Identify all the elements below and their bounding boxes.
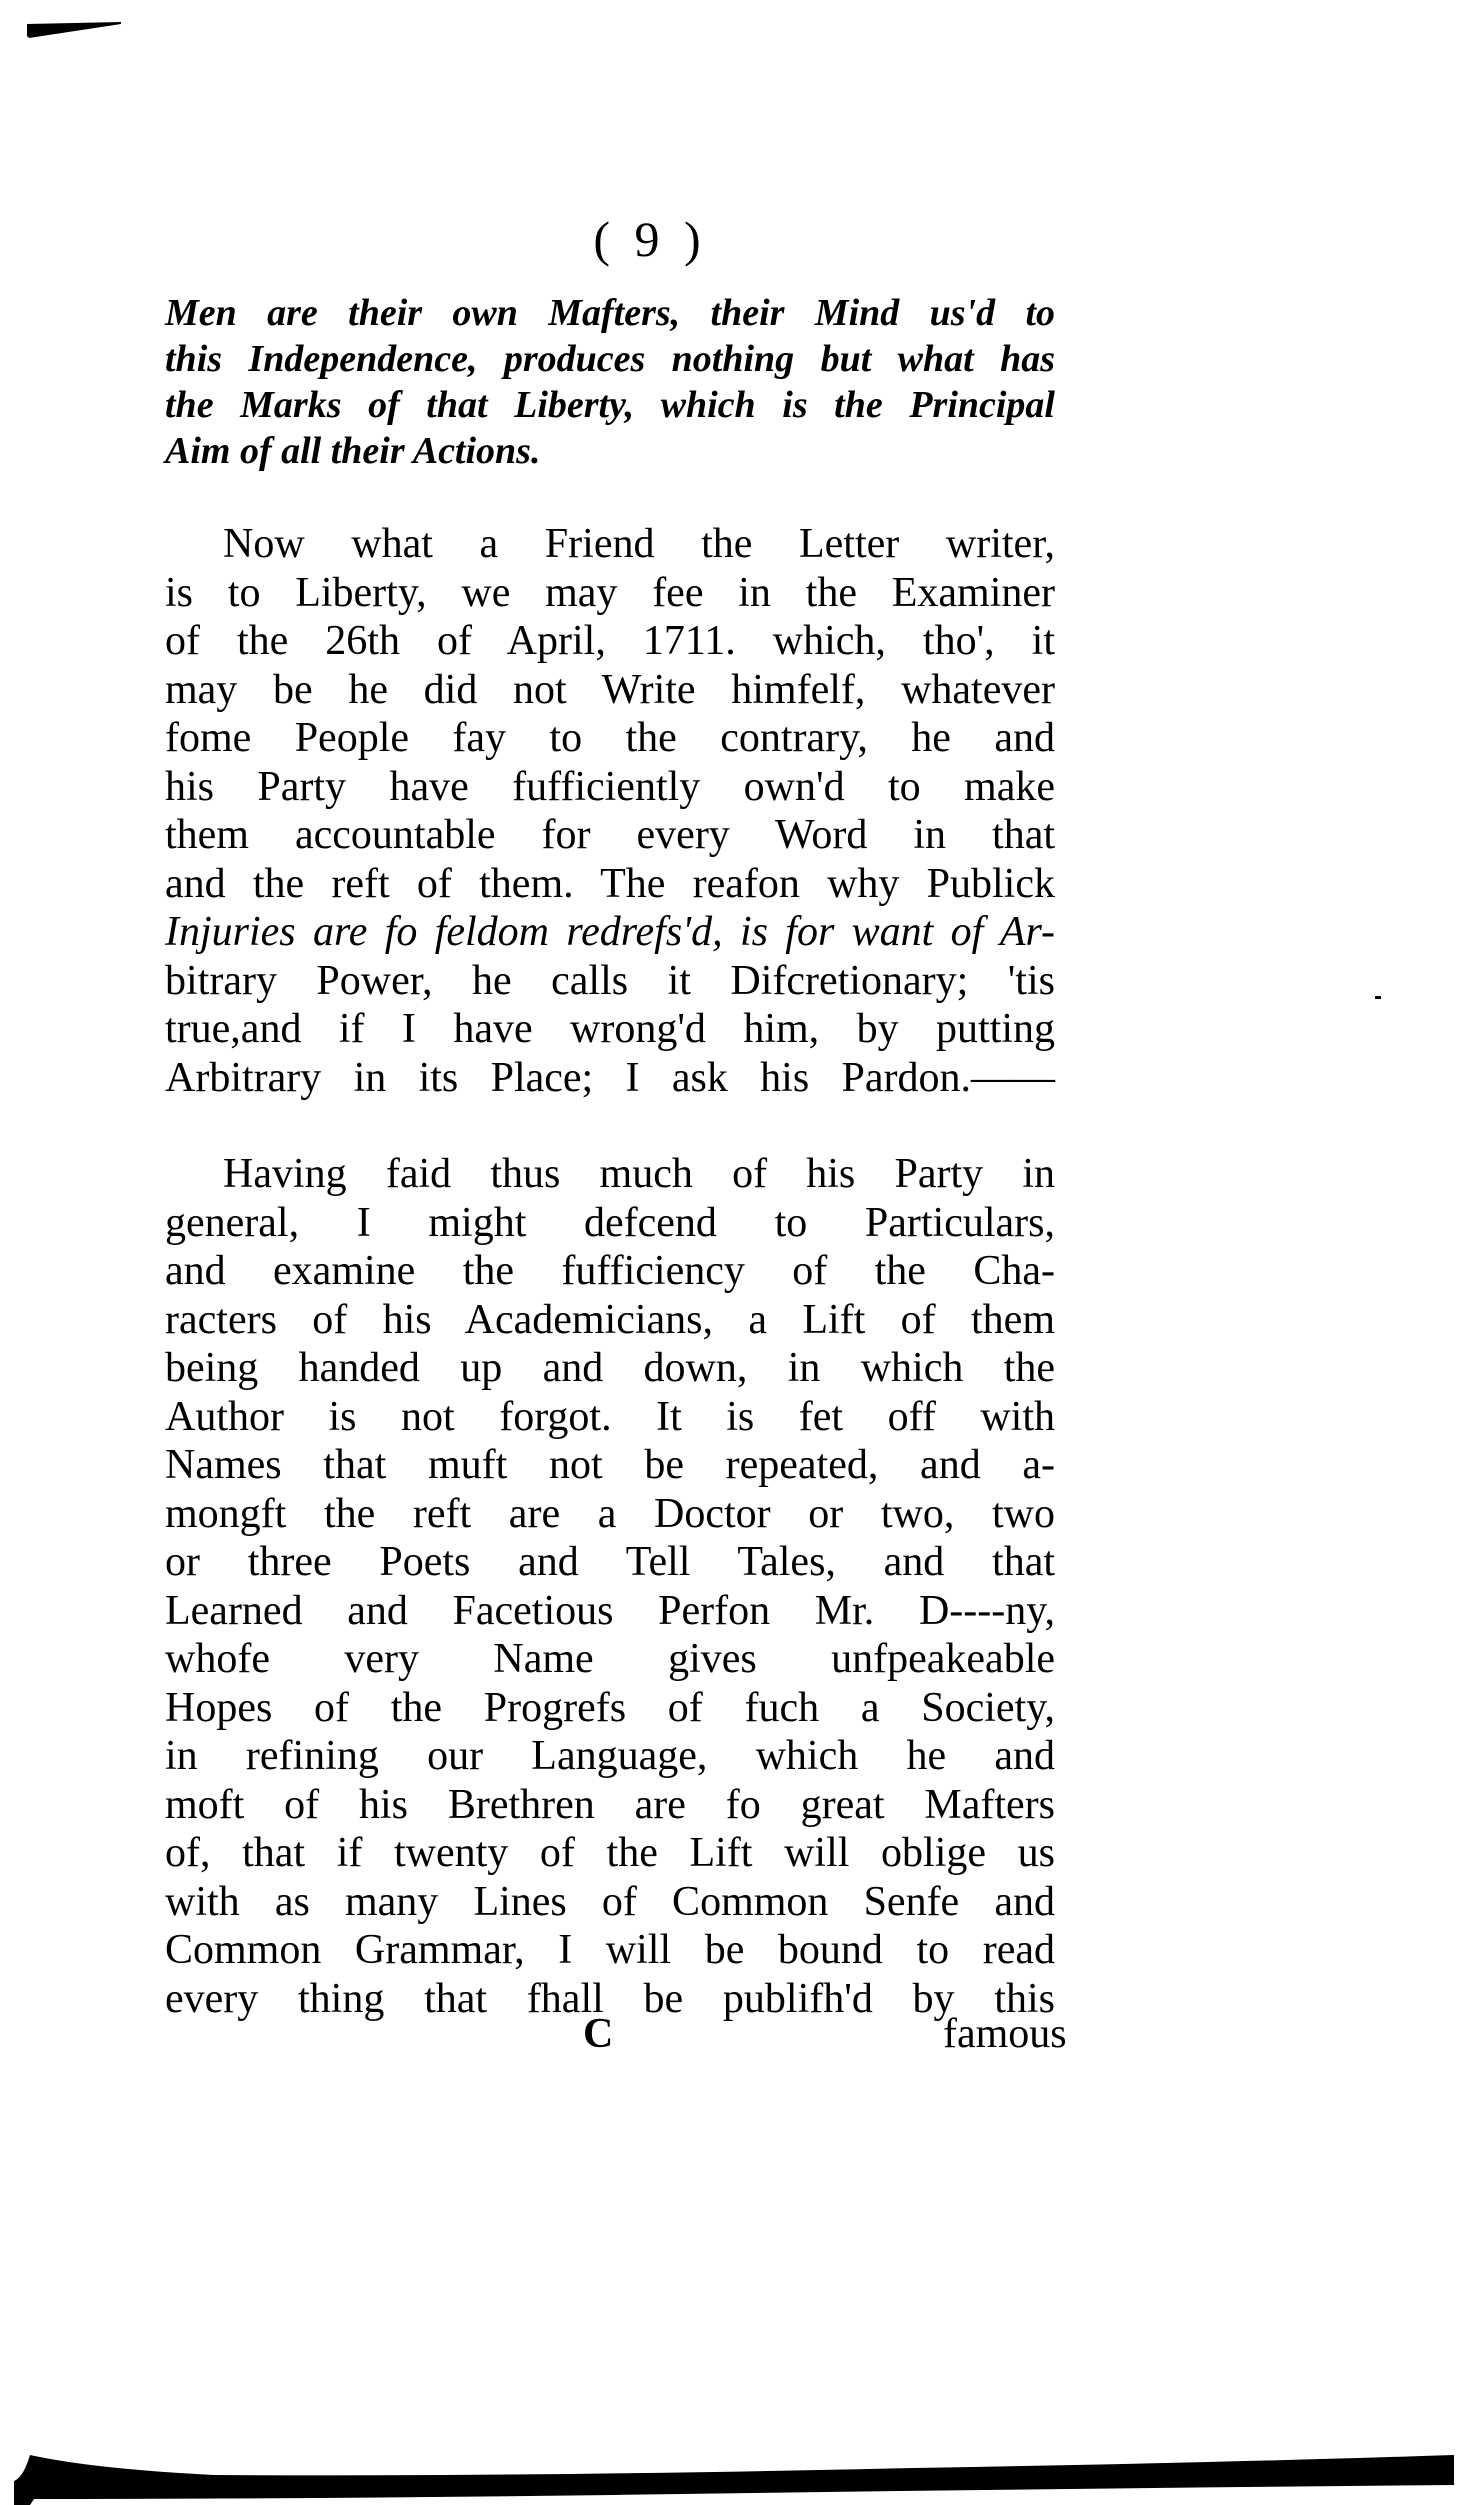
text-line: the Marks of that Liberty, which is the … [165,382,1055,428]
text-line: his Party have fufficiently own'd to mak… [165,763,1055,812]
text-line: fome People fay to the contrary, he and [165,714,1055,763]
text-line: mongft the reft are a Doctor or two, two [165,1490,1055,1539]
text-line: Having faid thus much of his Party in [165,1150,1055,1199]
text-line: Now what a Friend the Letter writer, [165,520,1055,569]
stray-ink-mark [1375,996,1381,999]
text-line: Common Grammar, I will be bound to read [165,1926,1055,1975]
text-line: or three Poets and Tell Tales, and that [165,1538,1055,1587]
text-line: Aim of all their Actions. [165,428,1055,474]
text-line: with as many Lines of Common Senfe and [165,1878,1055,1927]
text-line: being handed up and down, in which the [165,1344,1055,1393]
signature-mark: C [583,2010,613,2058]
text-line: and the reft of them. The reafon why Pub… [165,860,1055,909]
text-line: Hopes of the Progrefs of fuch a Society, [165,1684,1055,1733]
italic-opening: Men are their own Mafters, their Mind us… [165,290,1055,474]
catchword: famous [943,2010,1067,2058]
page-edge-shadow [14,2455,1454,2505]
text-line: Men are their own Mafters, their Mind us… [165,290,1055,336]
text-line: this Independence, produces nothing but … [165,336,1055,382]
text-line: of, that if twenty of the Lift will obli… [165,1829,1055,1878]
text-line: may be he did not Write himfelf, whateve… [165,666,1055,715]
page-number: ( 9 ) [560,210,740,268]
text-line: whofe very Name gives unfpeakeable [165,1635,1055,1684]
text-line: moft of his Brethren are fo great Mafter… [165,1781,1055,1830]
text-line: bitrary Power, he calls it Difcretionary… [165,957,1055,1006]
text-line: Author is not forgot. It is fet off with [165,1393,1055,1442]
text-line: Arbitrary in its Place; I ask his Pardon… [165,1054,1055,1103]
printer-mark-top [27,22,121,38]
text-line: them accountable for every Word in that [165,811,1055,860]
text-line: Injuries are fo feldom redrefs'd, is for… [165,908,1055,957]
text-line: is to Liberty, we may fee in the Examine… [165,569,1055,618]
text-line: general, I might defcend to Particulars, [165,1199,1055,1248]
paragraph-1: Now what a Friend the Letter writer, is … [165,520,1055,1102]
text-line: true,and if I have wrong'd him, by putti… [165,1005,1055,1054]
text-line: Learned and Facetious Perfon Mr. D----ny… [165,1587,1055,1636]
text-line: and examine the fufficiency of the Cha- [165,1247,1055,1296]
text-line: of the 26th of April, 1711. which, tho',… [165,617,1055,666]
paragraph-2: Having faid thus much of his Party in ge… [165,1150,1055,2023]
text-line: Names that muft not be repeated, and a- [165,1441,1055,1490]
text-line: racters of his Academicians, a Lift of t… [165,1296,1055,1345]
text-line: in refining our Language, which he and [165,1732,1055,1781]
